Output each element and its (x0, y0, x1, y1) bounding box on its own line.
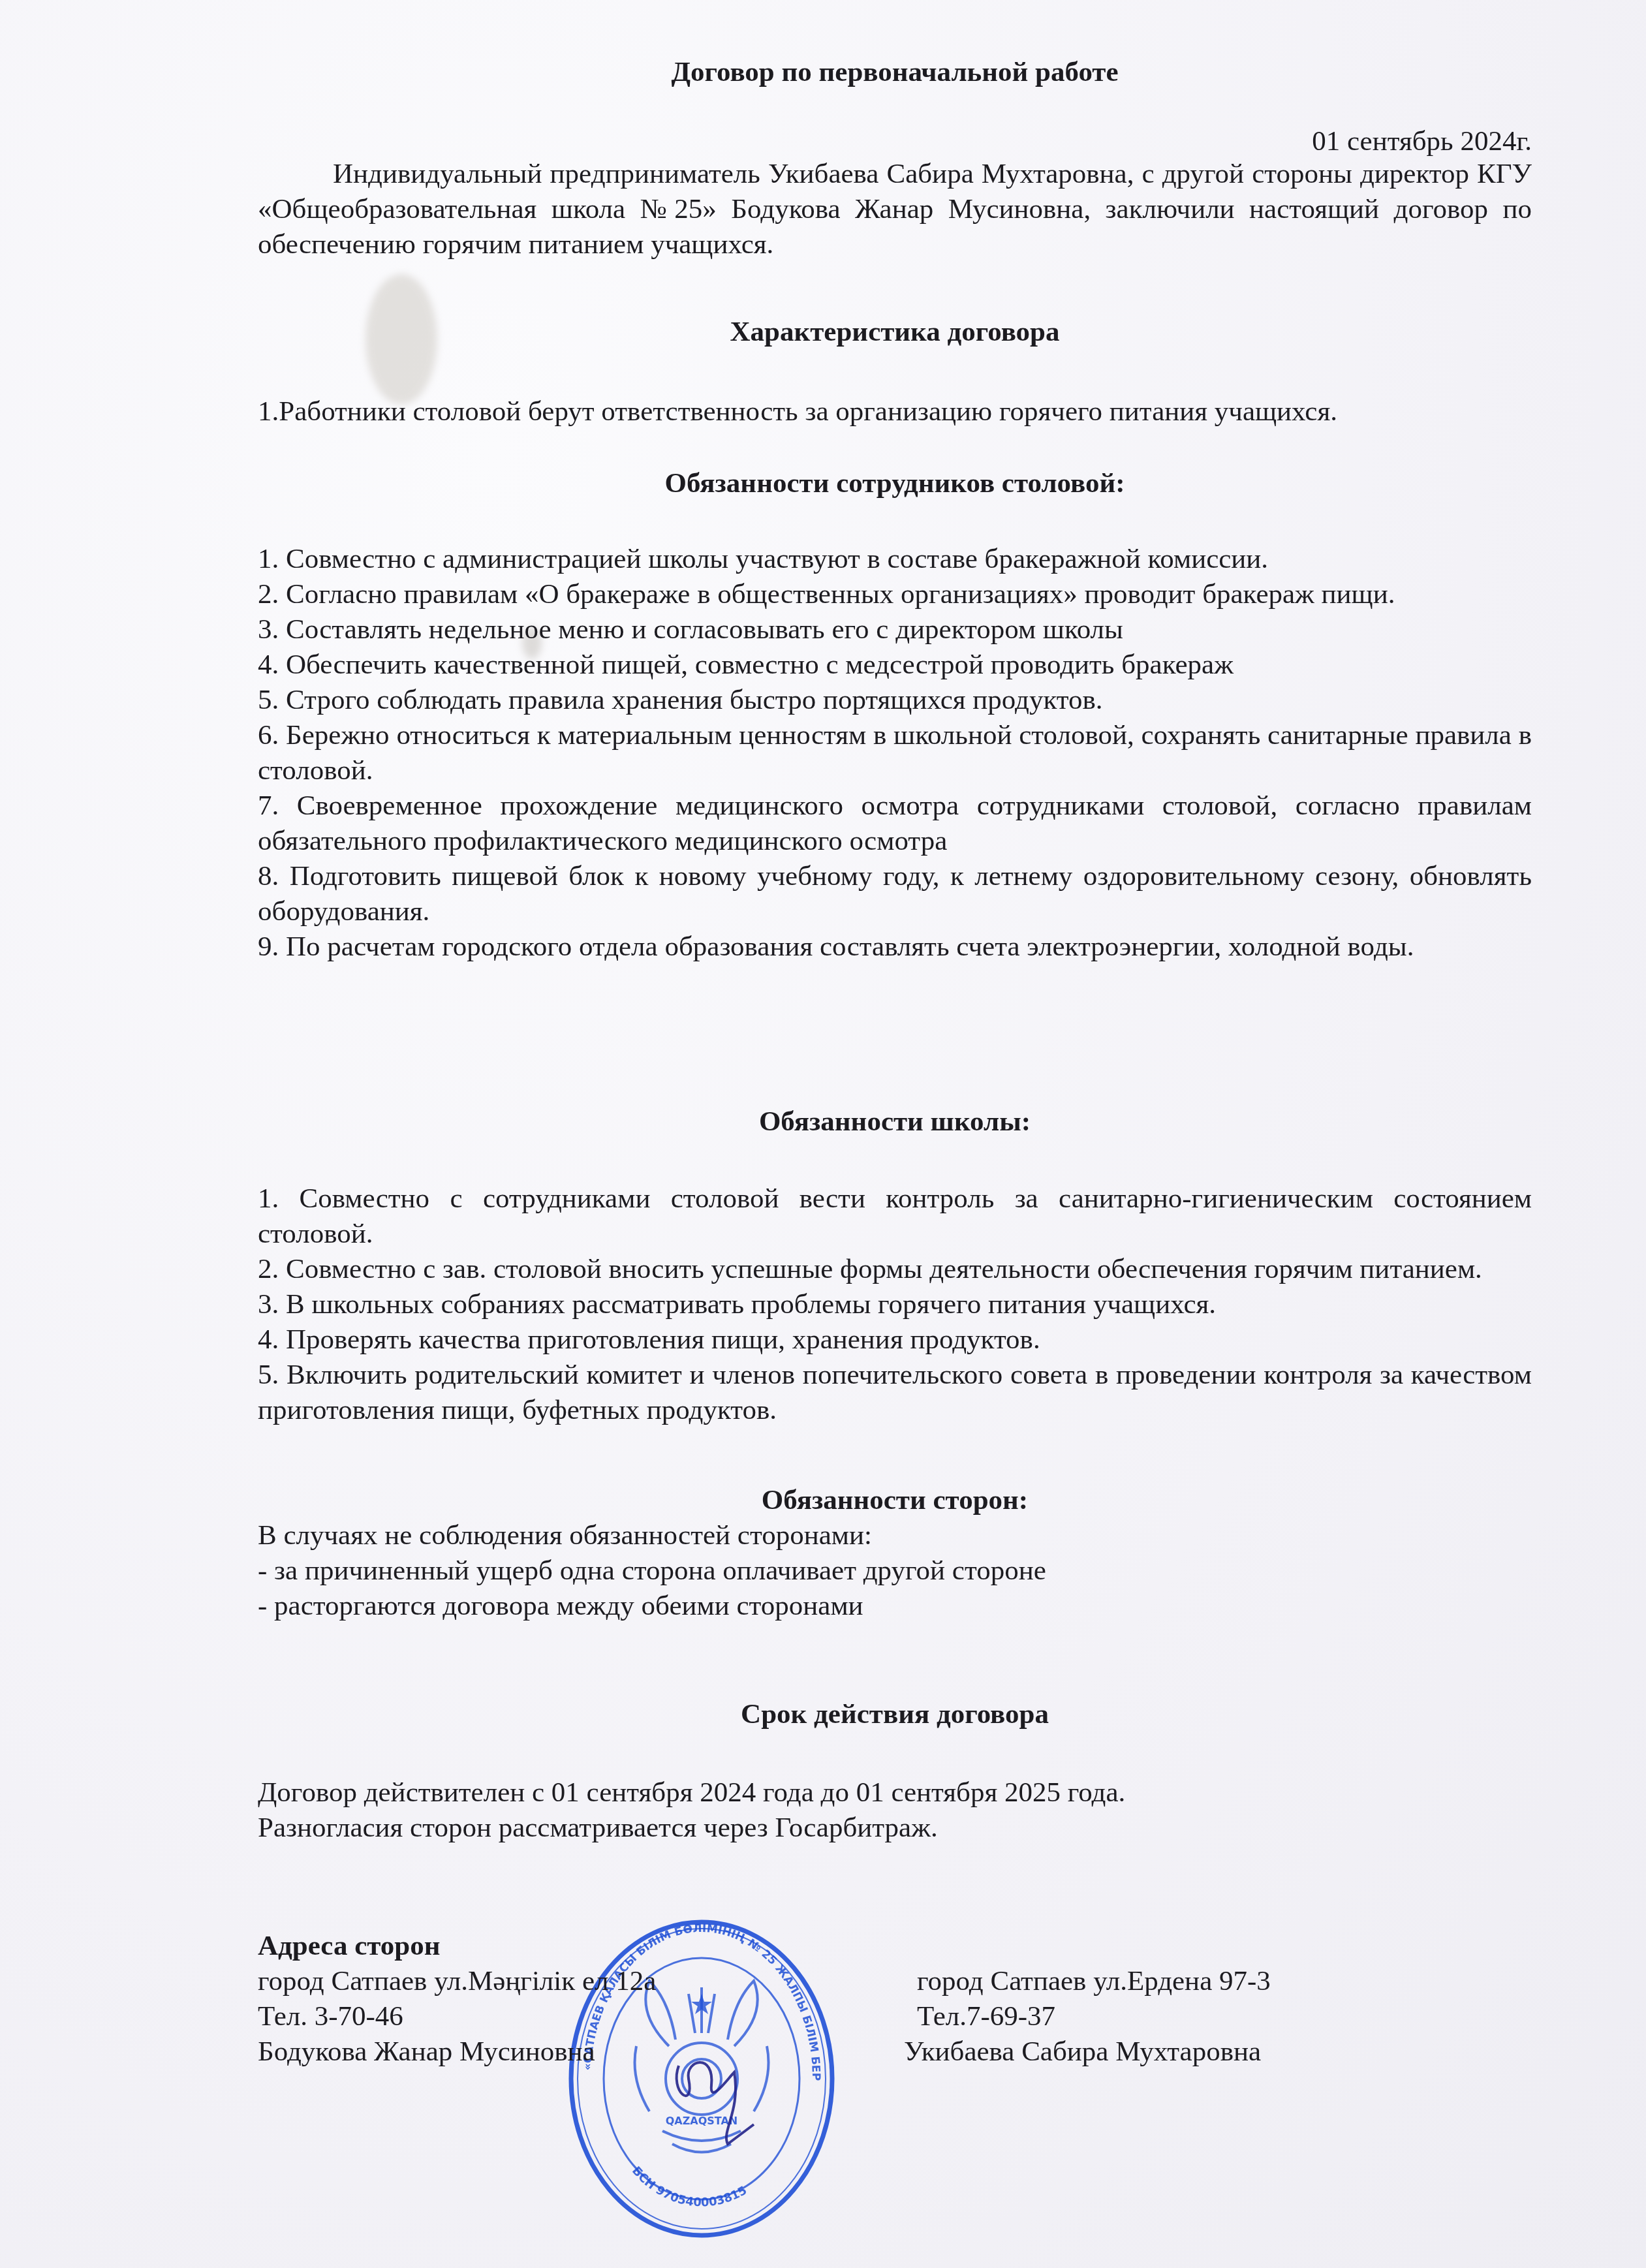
canteen-duty-6: 6. Бережно относиться к материальным цен… (258, 718, 1532, 788)
canteen-duty-7: 7. Своевременное прохождение медицинског… (258, 788, 1532, 859)
parties-duties-list: В случаях не соблюдения обязанностей сто… (258, 1518, 1532, 1624)
term-disputes: Разногласия сторон рассматривается через… (258, 1810, 1532, 1846)
canteen-duty-1: 1. Совместно с администрацией школы учас… (258, 542, 1532, 577)
left-party-address: город Сатпаев ул.Мәңгілік ел 12а (258, 1964, 656, 1999)
right-party-phone: Тел.7-69-37 (917, 1999, 1055, 2034)
right-party-name: Укибаева Сабира Мухтаровна (904, 2034, 1261, 2070)
characteristics-item: 1.Работники столовой берут ответственнос… (258, 394, 1337, 429)
school-duty-5: 5. Включить родительский комитет и члено… (258, 1358, 1532, 1428)
section-heading-term: Срок действия договора (258, 1697, 1532, 1732)
document-title: Договор по первоначальной работе (258, 55, 1532, 90)
canteen-duty-5: 5. Строго соблюдать правила хранения быс… (258, 683, 1532, 718)
svg-text:QAZAQSTAN: QAZAQSTAN (666, 2115, 738, 2127)
canteen-duty-4: 4. Обеспечить качественной пищей, совмес… (258, 647, 1532, 683)
section-heading-canteen-duties: Обязанности сотрудников столовой: (258, 466, 1532, 501)
section-heading-parties-duties: Обязанности сторон: (258, 1483, 1532, 1518)
section-heading-school-duties: Обязанности школы: (258, 1104, 1532, 1140)
canteen-duties-list: 1. Совместно с администрацией школы учас… (258, 542, 1532, 965)
school-duty-1: 1. Совместно с сотрудниками столовой вес… (258, 1181, 1532, 1252)
intro-paragraph: Индивидуальный предприниматель Укибаева … (258, 157, 1532, 262)
canteen-duty-3: 3. Составлять недельное меню и согласовы… (258, 612, 1532, 647)
parties-duty-1: - за причиненный ущерб одна сторона опла… (258, 1553, 1532, 1589)
school-duty-2: 2. Совместно с зав. столовой вносить усп… (258, 1252, 1532, 1287)
term-validity: Договор действителен с 01 сентября 2024 … (258, 1775, 1532, 1810)
left-party-name: Бодукова Жанар Мусиновна (258, 2034, 595, 2070)
term-list: Договор действителен с 01 сентября 2024 … (258, 1775, 1532, 1846)
document-date: 01 сентябрь 2024г. (1312, 124, 1532, 159)
school-duties-list: 1. Совместно с сотрудниками столовой вес… (258, 1181, 1532, 1428)
canteen-duty-9: 9. По расчетам городского отдела образов… (258, 929, 1532, 965)
school-duty-4: 4. Проверять качества приготовления пищи… (258, 1322, 1532, 1358)
document-page: Договор по первоначальной работе 01 сент… (0, 0, 1646, 2268)
left-party-phone: Тел. 3-70-46 (258, 1999, 403, 2034)
school-duty-3: 3. В школьных собраниях рассматривать пр… (258, 1287, 1532, 1322)
section-heading-characteristics: Характеристика договора (258, 315, 1532, 350)
right-party-address: город Сатпаев ул.Ердена 97-3 (917, 1964, 1271, 1999)
parties-duties-lead: В случаях не соблюдения обязанностей сто… (258, 1518, 1532, 1553)
canteen-duty-2: 2. Согласно правилам «О бракераже в обще… (258, 577, 1532, 612)
canteen-duty-8: 8. Подготовить пищевой блок к новому уче… (258, 859, 1532, 929)
svg-text:БСН 970540003815: БСН 970540003815 (629, 2164, 749, 2210)
parties-duty-2: - расторгаются договора между обеими сто… (258, 1589, 1532, 1624)
section-heading-addresses: Адреса сторон (258, 1929, 441, 1964)
